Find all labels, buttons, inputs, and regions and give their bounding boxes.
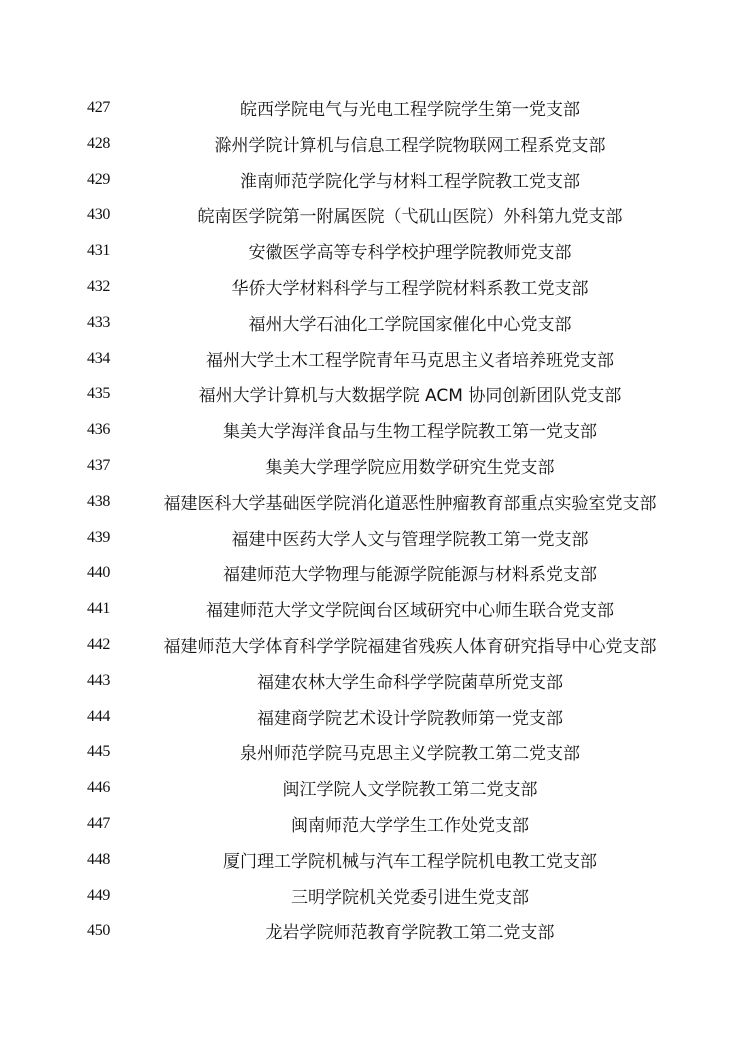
item-number: 431: [87, 241, 110, 261]
item-number: 446: [87, 778, 110, 798]
item-number: 440: [87, 563, 110, 583]
item-name: 皖西学院电气与光电工程学院学生第一党支部: [140, 99, 680, 121]
item-name: 厦门理工学院机械与汽车工程学院机电教工党支部: [140, 851, 680, 873]
document-page: 427 皖西学院电气与光电工程学院学生第一党支部 428 滁州学院计算机与信息工…: [0, 0, 750, 1061]
item-number: 438: [87, 492, 110, 512]
list-item: 444 福建商学院艺术设计学院教师第一党支部: [0, 701, 750, 737]
list-item: 436 集美大学海洋食品与生物工程学院教工第一党支部: [0, 414, 750, 450]
item-name: 福建商学院艺术设计学院教师第一党支部: [140, 708, 680, 730]
item-name: 安徽医学高等专科学校护理学院教师党支部: [140, 242, 680, 264]
list-item: 447 闽南师范大学学生工作处党支部: [0, 808, 750, 844]
list-item: 432 华侨大学材料科学与工程学院材料系教工党支部: [0, 271, 750, 307]
item-name: 闽南师范大学学生工作处党支部: [140, 815, 680, 837]
item-name: 华侨大学材料科学与工程学院材料系教工党支部: [140, 278, 680, 300]
item-name: 福建师范大学物理与能源学院能源与材料系党支部: [140, 564, 680, 586]
item-number: 449: [87, 886, 110, 906]
item-number: 432: [87, 277, 110, 297]
item-name: 福州大学计算机与大数据学院 ACM 协同创新团队党支部: [140, 385, 680, 407]
item-number: 436: [87, 420, 110, 440]
list-item: 429 淮南师范学院化学与材料工程学院教工党支部: [0, 164, 750, 200]
list-item: 433 福州大学石油化工学院国家催化中心党支部: [0, 307, 750, 343]
item-number: 433: [87, 313, 110, 333]
list-item: 438 福建医科大学基础医学院消化道恶性肿瘤教育部重点实验室党支部: [0, 486, 750, 522]
list-item: 449 三明学院机关党委引进生党支部: [0, 880, 750, 916]
item-name: 三明学院机关党委引进生党支部: [140, 887, 680, 909]
item-name: 福州大学土木工程学院青年马克思主义者培养班党支部: [140, 350, 680, 372]
item-number: 435: [87, 384, 110, 404]
list-item: 440 福建师范大学物理与能源学院能源与材料系党支部: [0, 557, 750, 593]
item-number: 437: [87, 456, 110, 476]
item-number: 443: [87, 671, 110, 691]
item-name: 龙岩学院师范教育学院教工第二党支部: [140, 922, 680, 944]
item-name: 福建师范大学文学院闽台区域研究中心师生联合党支部: [140, 600, 680, 622]
list-item: 443 福建农林大学生命科学学院菌草所党支部: [0, 665, 750, 701]
item-number: 427: [87, 98, 110, 118]
item-name: 福建医科大学基础医学院消化道恶性肿瘤教育部重点实验室党支部: [140, 493, 680, 515]
item-number: 450: [87, 921, 110, 941]
list-item: 441 福建师范大学文学院闽台区域研究中心师生联合党支部: [0, 593, 750, 629]
item-name: 泉州师范学院马克思主义学院教工第二党支部: [140, 743, 680, 765]
list-item: 431 安徽医学高等专科学校护理学院教师党支部: [0, 235, 750, 271]
item-name: 福州大学石油化工学院国家催化中心党支部: [140, 314, 680, 336]
item-name: 福建农林大学生命科学学院菌草所党支部: [140, 672, 680, 694]
item-number: 445: [87, 742, 110, 762]
item-number: 441: [87, 599, 110, 619]
item-name: 集美大学海洋食品与生物工程学院教工第一党支部: [140, 421, 680, 443]
list-item: 428 滁州学院计算机与信息工程学院物联网工程系党支部: [0, 128, 750, 164]
item-name: 滁州学院计算机与信息工程学院物联网工程系党支部: [140, 135, 680, 157]
item-number: 444: [87, 707, 110, 727]
item-name: 福建师范大学体育科学学院福建省残疾人体育研究指导中心党支部: [140, 636, 680, 658]
item-number: 434: [87, 349, 110, 369]
list-item: 448 厦门理工学院机械与汽车工程学院机电教工党支部: [0, 844, 750, 880]
item-number: 439: [87, 528, 110, 548]
party-branch-list: 427 皖西学院电气与光电工程学院学生第一党支部 428 滁州学院计算机与信息工…: [0, 92, 750, 951]
list-item: 439 福建中医药大学人文与管理学院教工第一党支部: [0, 522, 750, 558]
item-number: 429: [87, 170, 110, 190]
list-item: 450 龙岩学院师范教育学院教工第二党支部: [0, 915, 750, 951]
item-name: 皖南医学院第一附属医院（弋矶山医院）外科第九党支部: [140, 206, 680, 228]
item-number: 428: [87, 134, 110, 154]
item-name: 福建中医药大学人文与管理学院教工第一党支部: [140, 529, 680, 551]
item-number: 447: [87, 814, 110, 834]
list-item: 437 集美大学理学院应用数学研究生党支部: [0, 450, 750, 486]
list-item: 446 闽江学院人文学院教工第二党支部: [0, 772, 750, 808]
item-name: 淮南师范学院化学与材料工程学院教工党支部: [140, 171, 680, 193]
item-number: 448: [87, 850, 110, 870]
list-item: 435 福州大学计算机与大数据学院 ACM 协同创新团队党支部: [0, 378, 750, 414]
list-item: 445 泉州师范学院马克思主义学院教工第二党支部: [0, 736, 750, 772]
list-item: 434 福州大学土木工程学院青年马克思主义者培养班党支部: [0, 343, 750, 379]
list-item: 430 皖南医学院第一附属医院（弋矶山医院）外科第九党支部: [0, 199, 750, 235]
list-item: 442 福建师范大学体育科学学院福建省残疾人体育研究指导中心党支部: [0, 629, 750, 665]
item-name: 集美大学理学院应用数学研究生党支部: [140, 457, 680, 479]
item-number: 430: [87, 205, 110, 225]
list-item: 427 皖西学院电气与光电工程学院学生第一党支部: [0, 92, 750, 128]
item-name: 闽江学院人文学院教工第二党支部: [140, 779, 680, 801]
item-number: 442: [87, 635, 110, 655]
